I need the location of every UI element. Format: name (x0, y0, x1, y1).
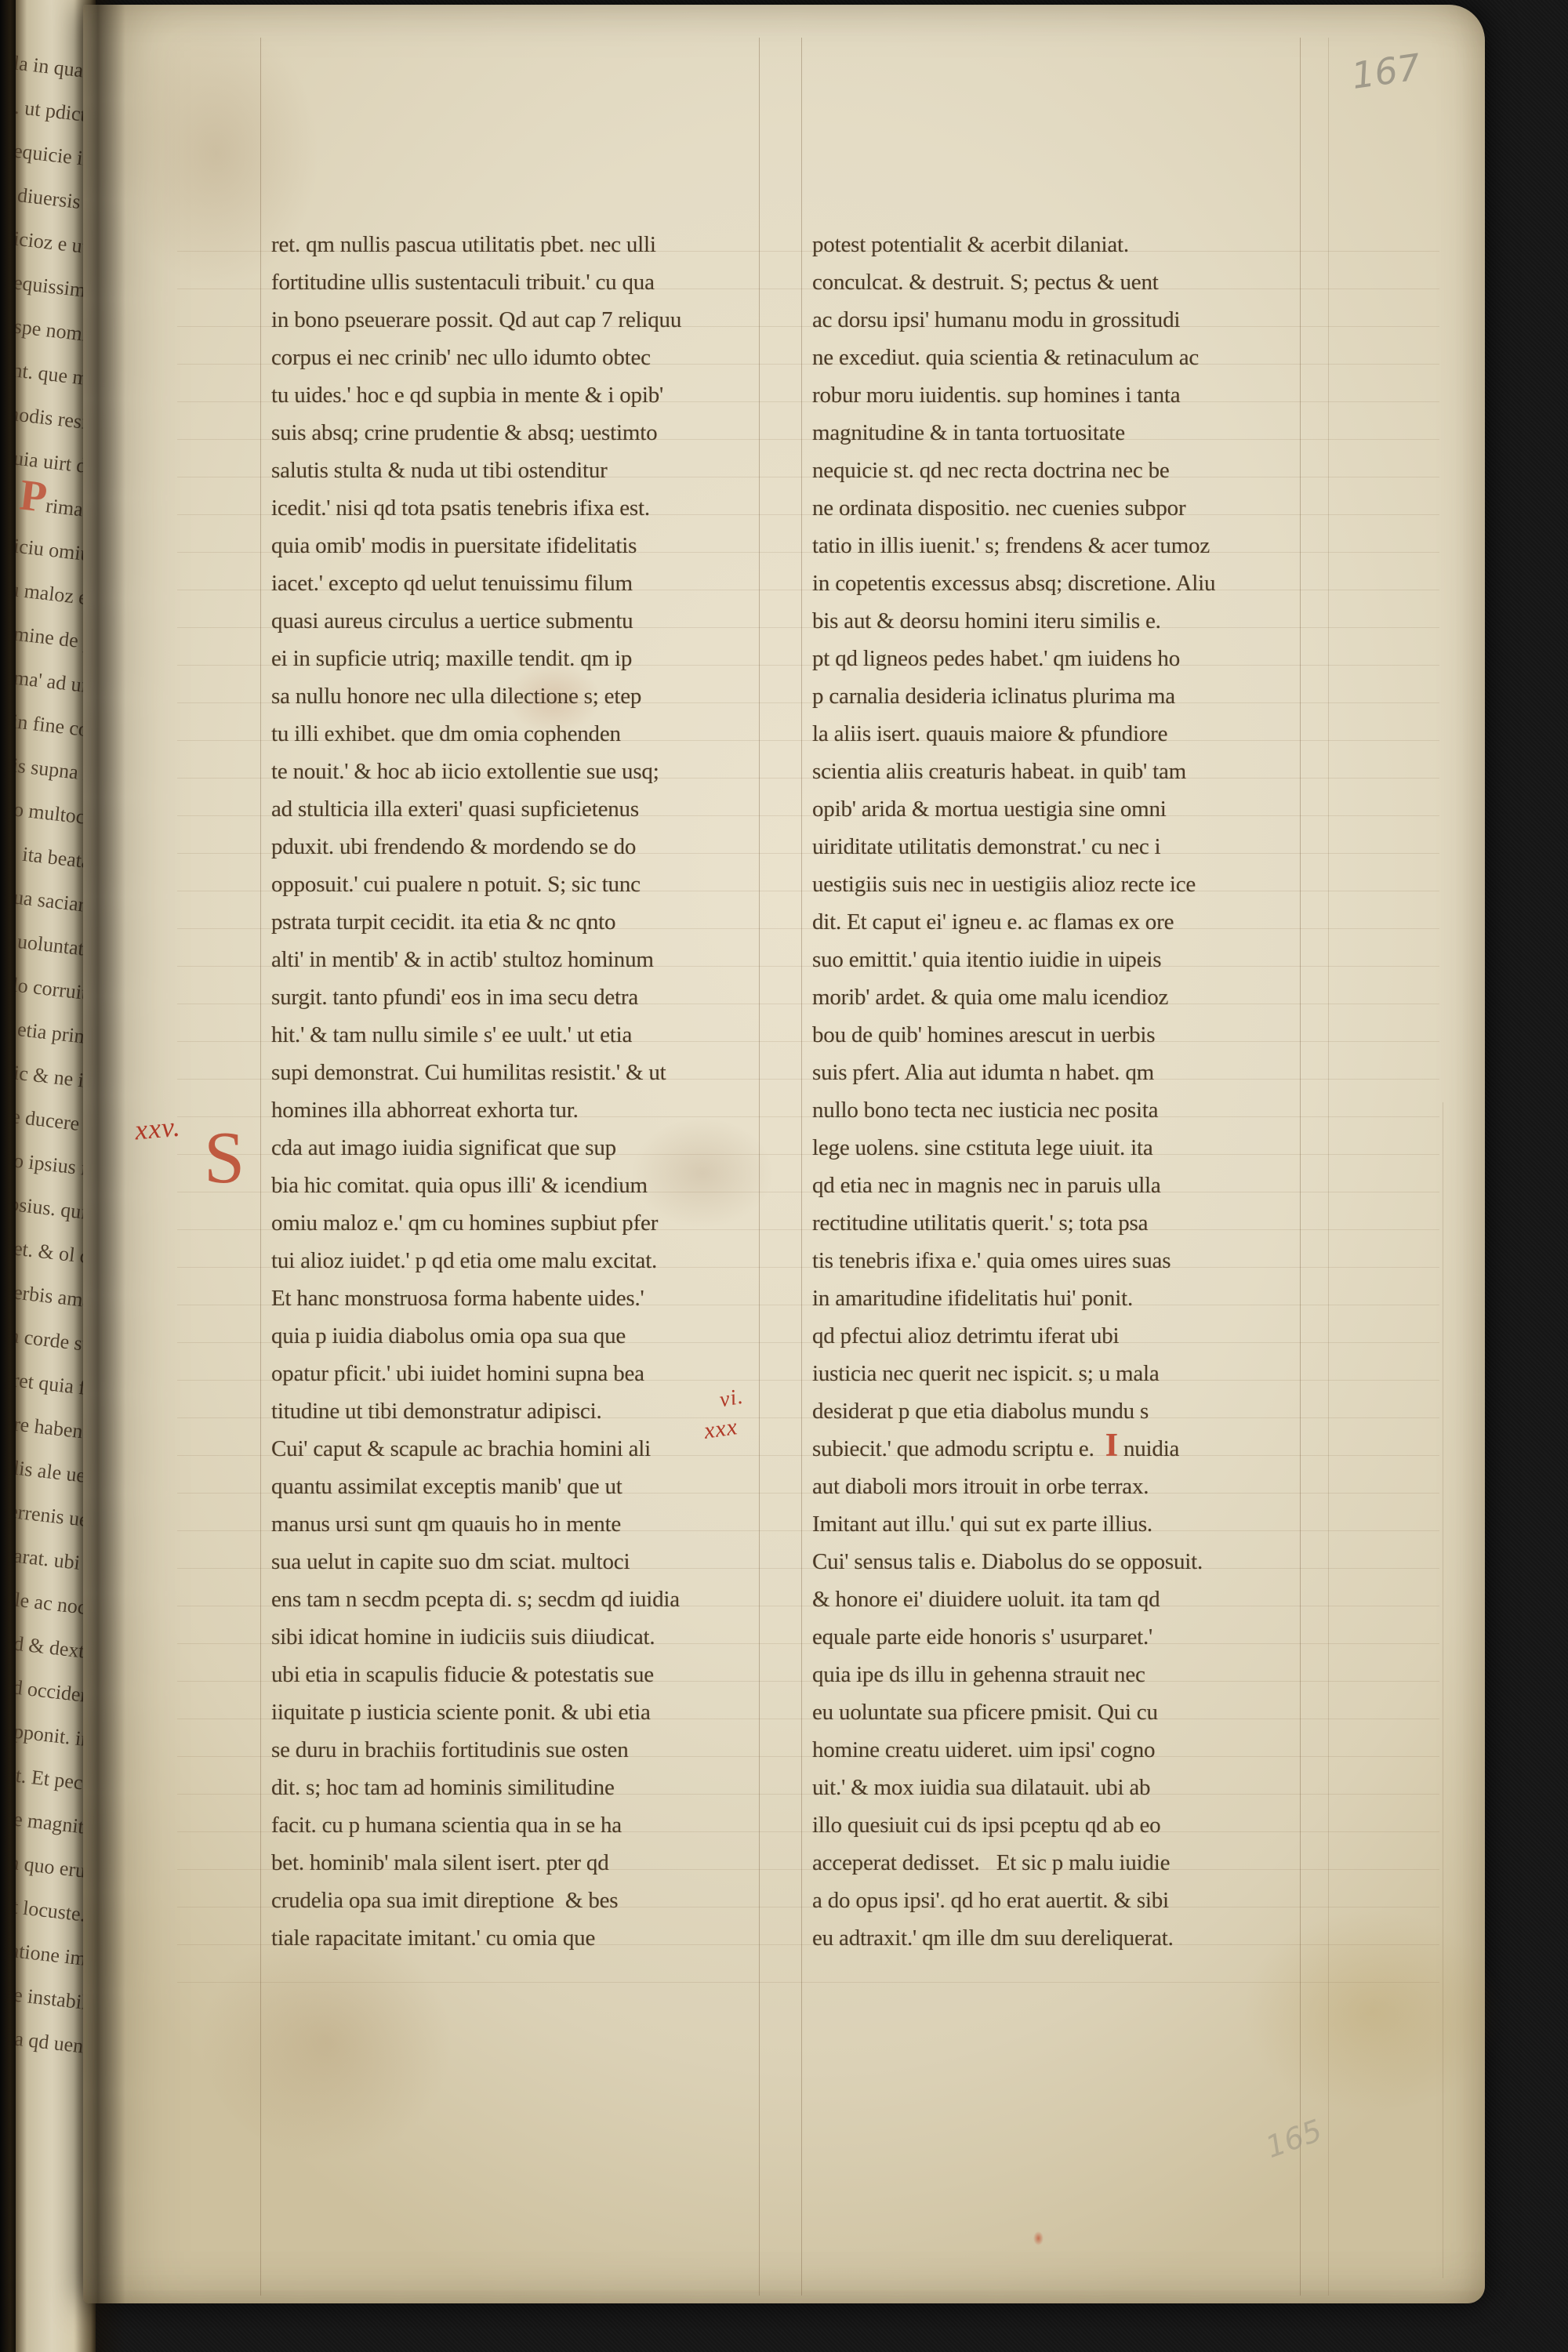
text-line: & honore ei' diuidere uoluit. ita tam qd (812, 1581, 1314, 1618)
text-line: sibi idicat homine in iudiciis suis diiu… (271, 1618, 761, 1656)
text-line: homine creatu uideret. uim ipsi' cogno (812, 1731, 1314, 1769)
text-line: supi demonstrat. Cui humilitas resistit.… (271, 1054, 761, 1091)
text-line: equale parte eide honoris s' usurparet.' (812, 1618, 1314, 1656)
rubric-initial: I (1105, 1428, 1118, 1464)
text-line: quasi aureus circulus a uertice submentu (271, 602, 761, 640)
parchment-stain (201, 1926, 452, 2161)
crease-line (1443, 1102, 1443, 2278)
gutter-shadow (75, 0, 125, 2352)
book-page-edges (0, 0, 17, 2352)
text-line: Scda aut imago iuidia significat que sup (271, 1129, 761, 1167)
text-line: Imitant aut illu.' qui sut ex parte illi… (812, 1505, 1314, 1543)
text-line: desiderat p que etia diabolus mundu s (812, 1392, 1314, 1430)
text-line: uiriditate utilitatis demonstrat.' cu ne… (812, 828, 1314, 866)
text-line: omiu maloz e.' qm cu homines supbiut pfe… (271, 1204, 761, 1242)
bottom-pencil-mark: 165 (1261, 2113, 1327, 2165)
text-line: tis tenebris ifixa e.' quia omes uires s… (812, 1242, 1314, 1279)
text-line: homines illa abhorreat exhorta tur. (271, 1091, 761, 1129)
text-line: in bono pseuerare possit. Qd aut cap 7 r… (271, 301, 761, 339)
text-line: la aliis isert. quauis maiore & pfundior… (812, 715, 1314, 753)
text-line: Et hanc monstruosa forma habente uides.' (271, 1279, 761, 1317)
text-fragment: nuidia (1118, 1436, 1179, 1461)
text-line: aut diaboli mors itrouit in orbe terrax. (812, 1468, 1314, 1505)
text-line: in amaritudine ifidelitatis hui' ponit. (812, 1279, 1314, 1317)
text-line: robur moru iuidentis. sup homines i tant… (812, 376, 1314, 414)
text-column-left: ret. qm nullis pascua utilitatis pbet. n… (271, 226, 761, 1957)
text-column-right: potest potentialit & acerbit dilaniat.co… (812, 226, 1314, 1957)
column-rule (260, 38, 261, 2296)
text-line: eu uoluntate sua pficere pmisit. Qui cu (812, 1693, 1314, 1731)
text-line: ei in supficie utriq; maxille tendit. qm… (271, 640, 761, 677)
text-fragment: subiecit.' que admodu scriptu e. (812, 1436, 1105, 1461)
text-line: bis aut & deorsu homini iteru similis e. (812, 602, 1314, 640)
red-ink-blot (1033, 2231, 1044, 2245)
text-line: te nouit.' & hoc ab iicio extollentie su… (271, 753, 761, 790)
text-line: tui alioz iuidet.' p qd etia ome malu ex… (271, 1242, 761, 1279)
text-line: salutis stulta & nuda ut tibi ostenditur (271, 452, 761, 489)
text-line: opatur pficit.' ubi iuidet homini supna … (271, 1355, 761, 1392)
text-line: uestigiis suis nec in uestigiis alioz re… (812, 866, 1314, 903)
text-line: corpus ei nec crinib' nec ullo idumto ob… (271, 339, 761, 376)
text-line: ac dorsu ipsi' humanu modu in grossitudi (812, 301, 1314, 339)
manuscript-leaf: 167 ret. qm nullis pascua utilitatis pbe… (83, 5, 1485, 2303)
text-line: subiecit.' que admodu scriptu e. I nuidi… (812, 1430, 1314, 1468)
text-line: fortitudine ullis sustentaculi tribuit.'… (271, 263, 761, 301)
text-line: tu uides.' hoc e qd supbia in mente & i … (271, 376, 761, 414)
text-line: magnitudine & in tanta tortuositate (812, 414, 1314, 452)
text-line: acceperat dedisset. Et sic p malu iuidie (812, 1844, 1314, 1882)
text-line: ne ordinata dispositio. nec cuenies subp… (812, 489, 1314, 527)
text-line: pduxit. ubi frendendo & mordendo se do (271, 828, 761, 866)
text-line: suis pfert. Alia aut idumta n habet. qm (812, 1054, 1314, 1091)
text-line: iacet.' excepto qd uelut tenuissimu filu… (271, 564, 761, 602)
text-line: ubi etia in scapulis fiducie & potestati… (271, 1656, 761, 1693)
text-line: Cui' sensus talis e. Diabolus do se oppo… (812, 1543, 1314, 1581)
text-line: conculcat. & destruit. S; pectus & uent (812, 263, 1314, 301)
text-line: alti' in mentib' & in actib' stultoz hom… (271, 941, 761, 978)
text-line: p carnalia desideria iclinatus plurima m… (812, 677, 1314, 715)
text-line: se duru in brachiis fortitudinis sue ost… (271, 1731, 761, 1769)
text-line: nequicie st. qd nec recta doctrina nec b… (812, 452, 1314, 489)
text-line: eu adtraxit.' qm ille dm suu dereliquera… (812, 1919, 1314, 1957)
text-line: nullo bono tecta nec iusticia nec posita (812, 1091, 1314, 1129)
text-line: uit.' & mox iuidia sua dilatauit. ubi ab (812, 1769, 1314, 1806)
text-line: tatio in illis iuenit.' s; frendens & ac… (812, 527, 1314, 564)
text-line: opib' arida & mortua uestigia sine omni (812, 790, 1314, 828)
text-line: quantu assimilat exceptis manib' que ut (271, 1468, 761, 1505)
text-line: morib' ardet. & quia ome malu icendioz (812, 978, 1314, 1016)
text-line: iusticia nec querit nec ispicit. s; u ma… (812, 1355, 1314, 1392)
text-line: facit. cu p humana scientia qua in se ha (271, 1806, 761, 1844)
chapter-number-margin: xxv. (133, 1110, 182, 1147)
text-line: titudine ut tibi demonstratur adipisci. (271, 1392, 761, 1430)
text-line: lege uolens. sine cstituta lege uiuit. i… (812, 1129, 1314, 1167)
text-line: sa nullu honore nec ulla dilectione s; e… (271, 677, 761, 715)
text-line: ne excediut. quia scientia & retinaculum… (812, 339, 1314, 376)
text-line: qd etia nec in magnis nec in paruis ulla (812, 1167, 1314, 1204)
text-line: Cui' caput & scapule ac brachia homini a… (271, 1430, 761, 1468)
text-line: surgit. tanto pfundi' eos in ima secu de… (271, 978, 761, 1016)
text-line: illo quesiuit cui ds ipsi pceptu qd ab e… (812, 1806, 1314, 1844)
chapter-number-intercolumn-bottom: xxx (702, 1414, 739, 1445)
chapter-number-intercolumn-top: vi. (717, 1385, 745, 1414)
text-line: a do opus ipsi'. qd ho erat auertit. & s… (812, 1882, 1314, 1919)
text-line: manus ursi sunt qm quauis ho in mente (271, 1505, 761, 1543)
text-line: pt qd ligneos pedes habet.' qm iuidens h… (812, 640, 1314, 677)
folio-number: 167 (1349, 45, 1423, 97)
text-line: hit.' & tam nullu simile s' ee uult.' ut… (271, 1016, 761, 1054)
text-line: suis absq; crine prudentie & absq; uesti… (271, 414, 761, 452)
text-line: ret. qm nullis pascua utilitatis pbet. n… (271, 226, 761, 263)
column-rule (1328, 38, 1329, 2296)
text-line: bet. hominib' mala silent isert. pter qd (271, 1844, 761, 1882)
text-line: quia omib' modis in puersitate ifidelita… (271, 527, 761, 564)
text-line: crudelia opa sua imit direptione & bes (271, 1882, 761, 1919)
text-line: dit. s; hoc tam ad hominis similitudine (271, 1769, 761, 1806)
text-line: quia p iuidia diabolus omia opa sua que (271, 1317, 761, 1355)
text-line: dit. Et caput ei' igneu e. ac flamas ex … (812, 903, 1314, 941)
text-fragment: cda aut imago iuidia significat que sup (271, 1135, 616, 1160)
text-line: bia hic comitat. quia opus illi' & icend… (271, 1167, 761, 1204)
column-rule (801, 38, 802, 2296)
text-line: pstrata turpit cecidit. ita etia & nc qn… (271, 903, 761, 941)
text-line: scientia aliis creaturis habeat. in quib… (812, 753, 1314, 790)
rubric-initial: S (204, 1121, 245, 1195)
text-line: tiale rapacitate imitant.' cu omia que (271, 1919, 761, 1957)
text-line: bou de quib' homines arescut in uerbis (812, 1016, 1314, 1054)
text-line: quia ipe ds illu in gehenna strauit nec (812, 1656, 1314, 1693)
text-line: tu illi exhibet. que dm omia cophenden (271, 715, 761, 753)
text-line: in copetentis excessus absq; discretione… (812, 564, 1314, 602)
text-line: iiquitate p iusticia sciente ponit. & ub… (271, 1693, 761, 1731)
text-line: ens tam n secdm pcepta di. s; secdm qd i… (271, 1581, 761, 1618)
text-line: qd pfectui alioz detrimtu iferat ubi (812, 1317, 1314, 1355)
text-line: icedit.' nisi qd tota psatis tenebris if… (271, 489, 761, 527)
text-line: ad stulticia illa exteri' quasi supficie… (271, 790, 761, 828)
text-line: sua uelut in capite suo dm sciat. multoc… (271, 1543, 761, 1581)
text-line: rectitudine utilitatis querit.' s; tota … (812, 1204, 1314, 1242)
text-line: suo emittit.' quia itentio iuidie in uip… (812, 941, 1314, 978)
text-line: potest potentialit & acerbit dilaniat. (812, 226, 1314, 263)
manuscript-photo: ula in qua multimoit. ut pdicte e exaneq… (0, 0, 1568, 2352)
text-line: opposuit.' cui pualere n potuit. S; sic … (271, 866, 761, 903)
